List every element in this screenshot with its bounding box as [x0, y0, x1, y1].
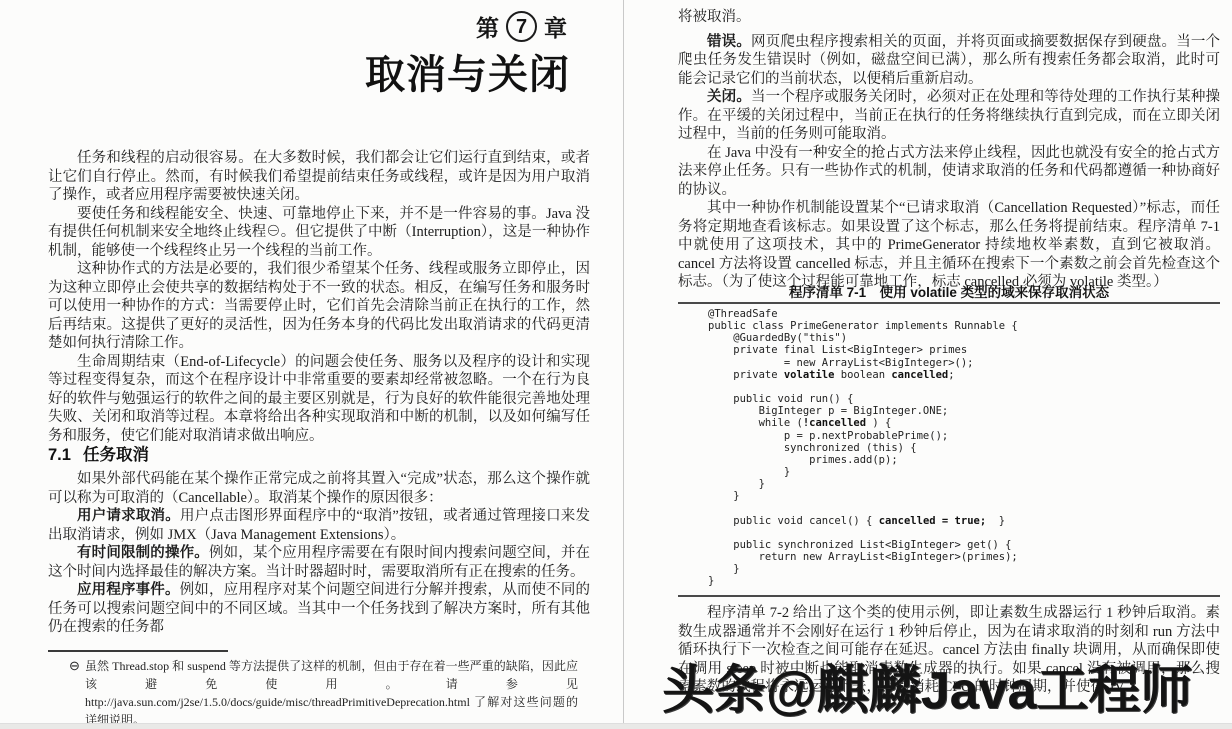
paragraph: 生命周期结束（End-of-Lifecycle）的问题会使任务、服务以及程序的设…	[48, 353, 590, 446]
paragraph-lead: 错误。	[707, 34, 751, 50]
paragraph: 有时间限制的操作。例如，某个应用程序需要在有限时间内搜索问题空间，并在这个时间内…	[48, 544, 590, 581]
footnote: ⊖ 虽然 Thread.stop 和 suspend 等方法提供了这样的机制，但…	[48, 657, 578, 729]
code-line: public void cancel() { cancelled = true;…	[708, 515, 1018, 527]
code-line: private volatile boolean cancelled;	[708, 369, 1018, 381]
code-line: }	[708, 490, 1018, 502]
code-line: }	[708, 478, 1018, 490]
code-listing-caption: 程序清单 7-1 使用 volatile 类型的域来保存取消状态	[678, 281, 1220, 301]
code-line: = new ArrayList<BigInteger>();	[708, 357, 1018, 369]
bottom-strip	[0, 723, 1232, 729]
paragraph-lead: 有时间限制的操作。	[77, 545, 209, 561]
intro-paragraphs: 任务和线程的启动很容易。在大多数时候，我们都会让它们运行直到结束，或者让它们自行…	[48, 149, 590, 445]
code-line: BigInteger p = BigInteger.ONE;	[708, 405, 1018, 417]
paragraph: 任务和线程的启动很容易。在大多数时候，我们都会让它们运行直到结束，或者让它们自行…	[48, 149, 590, 205]
paragraph: 在 Java 中没有一种安全的抢占式方法来停止线程，因此也就没有安全的抢占式方法…	[678, 144, 1220, 200]
paragraph: 用户请求取消。用户点击图形界面程序中的“取消”按钮，或者通过管理接口来发出取消请…	[48, 507, 590, 544]
paragraph: 要使任务和线程能安全、快速、可靠地停止下来，并不是一件容易的事。Java 没有提…	[48, 205, 590, 261]
code-line	[708, 527, 1018, 539]
paragraph-lead: 关闭。	[707, 89, 751, 105]
code-line: }	[708, 466, 1018, 478]
paragraph: 应用程序事件。例如，应用程序对某个问题空间进行分解并搜索，从而使不同的任务可以搜…	[48, 581, 590, 637]
book-page-left: 第 7 章 取消与关闭 任务和线程的启动很容易。在大多数时候，我们都会让它们运行…	[0, 0, 623, 723]
code-line	[708, 503, 1018, 515]
code-line: @GuardedBy("this")	[708, 332, 1018, 344]
chapter-number: 7	[516, 17, 527, 37]
book-page-right: 将被取消。 错误。网页爬虫程序搜索相关的页面，并将页面或摘要数据保存到硬盘。当一…	[624, 0, 1232, 723]
paragraph-text: 如果外部代码能在某个操作正常完成之前将其置入“完成”状态，那么这个操作就可以称为…	[48, 471, 590, 506]
code-line: public void run() {	[708, 393, 1018, 405]
paragraph-lead: 用户请求取消。	[77, 508, 180, 524]
code-line: }	[708, 563, 1018, 575]
code-line: @ThreadSafe	[708, 308, 1018, 320]
paragraph: 如果外部代码能在某个操作正常完成之前将其置入“完成”状态，那么这个操作就可以称为…	[48, 470, 590, 507]
code-line: public class PrimeGenerator implements R…	[708, 320, 1018, 332]
code-line: p = p.nextProbablePrime();	[708, 430, 1018, 442]
chapter-title: 取消与关闭	[365, 53, 570, 97]
paragraph: 这种协作式的方法是必要的，我们很少希望某个任务、线程或服务立即停止，因为这种立即…	[48, 260, 590, 353]
paragraph: 错误。网页爬虫程序搜索相关的页面，并将页面或摘要数据保存到硬盘。当一个爬虫任务发…	[678, 33, 1220, 89]
watermark-text: 头条@麒麟Java工程师	[662, 648, 1192, 723]
chapter-suffix: 章	[544, 10, 567, 43]
footnote-marker: ⊖	[69, 657, 80, 675]
section-title: 任务取消	[83, 446, 149, 464]
listing-bottom-rule	[678, 595, 1220, 597]
section-heading: 7.1任务取消	[48, 441, 149, 465]
listing-top-rule	[678, 302, 1220, 304]
right-page-paragraphs: 将被取消。 错误。网页爬虫程序搜索相关的页面，并将页面或摘要数据保存到硬盘。当一…	[678, 8, 1220, 292]
code-line: public synchronized List<BigInteger> get…	[708, 539, 1018, 551]
code-line: synchronized (this) {	[708, 442, 1018, 454]
code-line	[708, 381, 1018, 393]
code-line: return new ArrayList<BigInteger>(primes)…	[708, 551, 1018, 563]
code-line: primes.add(p);	[708, 454, 1018, 466]
paragraph-continuation: 将被取消。	[678, 8, 1220, 27]
paragraph-lead: 应用程序事件。	[77, 582, 180, 598]
paragraph-text: 当一个程序或服务关闭时，必须对正在处理和等待处理的工作执行某种操作。在平缓的关闭…	[678, 89, 1220, 142]
code-line: while (!cancelled ) {	[708, 417, 1018, 429]
chapter-number-circle: 7	[506, 11, 537, 42]
chapter-heading: 第 7 章	[476, 10, 567, 43]
section-paragraphs: 如果外部代码能在某个操作正常完成之前将其置入“完成”状态，那么这个操作就可以称为…	[48, 470, 590, 637]
footnote-rule	[48, 650, 228, 652]
code-listing: @ThreadSafepublic class PrimeGenerator i…	[708, 308, 1018, 588]
paragraph-text: 网页爬虫程序搜索相关的页面，并将页面或摘要数据保存到硬盘。当一个爬虫任务发生错误…	[678, 34, 1220, 87]
paragraph: 关闭。当一个程序或服务关闭时，必须对正在处理和等待处理的工作执行某种操作。在平缓…	[678, 88, 1220, 144]
code-line: }	[708, 575, 1018, 587]
paragraph: 其中一种协作机制能设置某个“已请求取消（Cancellation Request…	[678, 199, 1220, 292]
code-line: private final List<BigInteger> primes	[708, 344, 1018, 356]
chapter-prefix: 第	[476, 10, 499, 43]
footnote-text: 虽然 Thread.stop 和 suspend 等方法提供了这样的机制，但由于…	[85, 659, 578, 727]
section-number: 7.1	[48, 446, 71, 464]
